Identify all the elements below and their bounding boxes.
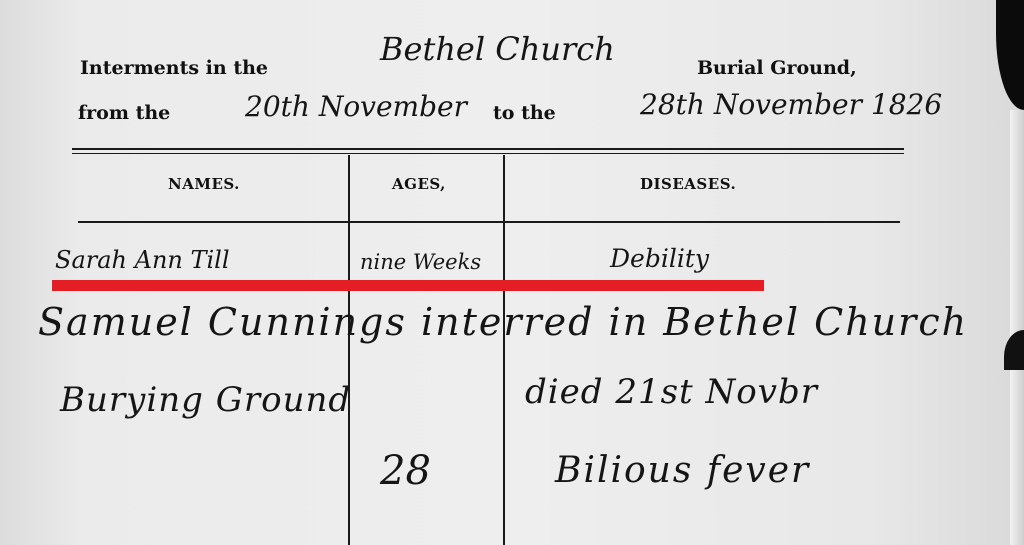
burial-register-page: Interments in the Bethel Church Burial G…: [0, 0, 1024, 545]
note-age: 28: [380, 448, 431, 494]
to-date: 28th November 1826: [640, 88, 942, 121]
church-name: Bethel Church: [380, 30, 615, 68]
column-header-ages: AGES,: [392, 175, 446, 193]
entry-age: nine Weeks: [360, 250, 481, 274]
column-divider-ages-diseases: [503, 155, 505, 545]
table-top-rule: [72, 148, 904, 150]
table-header-rule: [78, 221, 900, 223]
note-disease: Bilious fever: [555, 450, 810, 491]
heading-burial-ground-label: Burial Ground,: [697, 57, 857, 79]
table-top-rule-thin: [72, 153, 904, 154]
note-line-1: Samuel Cunnings interred in Bethel Churc…: [38, 300, 968, 344]
column-divider-names-ages: [348, 155, 350, 545]
column-header-names: NAMES.: [168, 175, 240, 193]
entry-name: Sarah Ann Till: [55, 246, 230, 274]
heading-from-label: from the: [78, 102, 170, 124]
from-date: 20th November: [245, 90, 467, 123]
heading-interments-label: Interments in the: [80, 57, 268, 79]
binding-shadow-top: [996, 0, 1024, 110]
binding-shadow-mid: [1004, 330, 1024, 370]
highlight-underline: [52, 280, 764, 291]
note-line-2-burying-ground: Burying Ground: [60, 380, 351, 420]
column-header-diseases: DISEASES.: [640, 175, 736, 193]
page-edge: [1010, 110, 1024, 545]
heading-to-label: to the: [493, 102, 556, 124]
entry-disease: Debility: [610, 244, 709, 273]
note-line-2-died-date: died 21st Novbr: [525, 372, 818, 412]
